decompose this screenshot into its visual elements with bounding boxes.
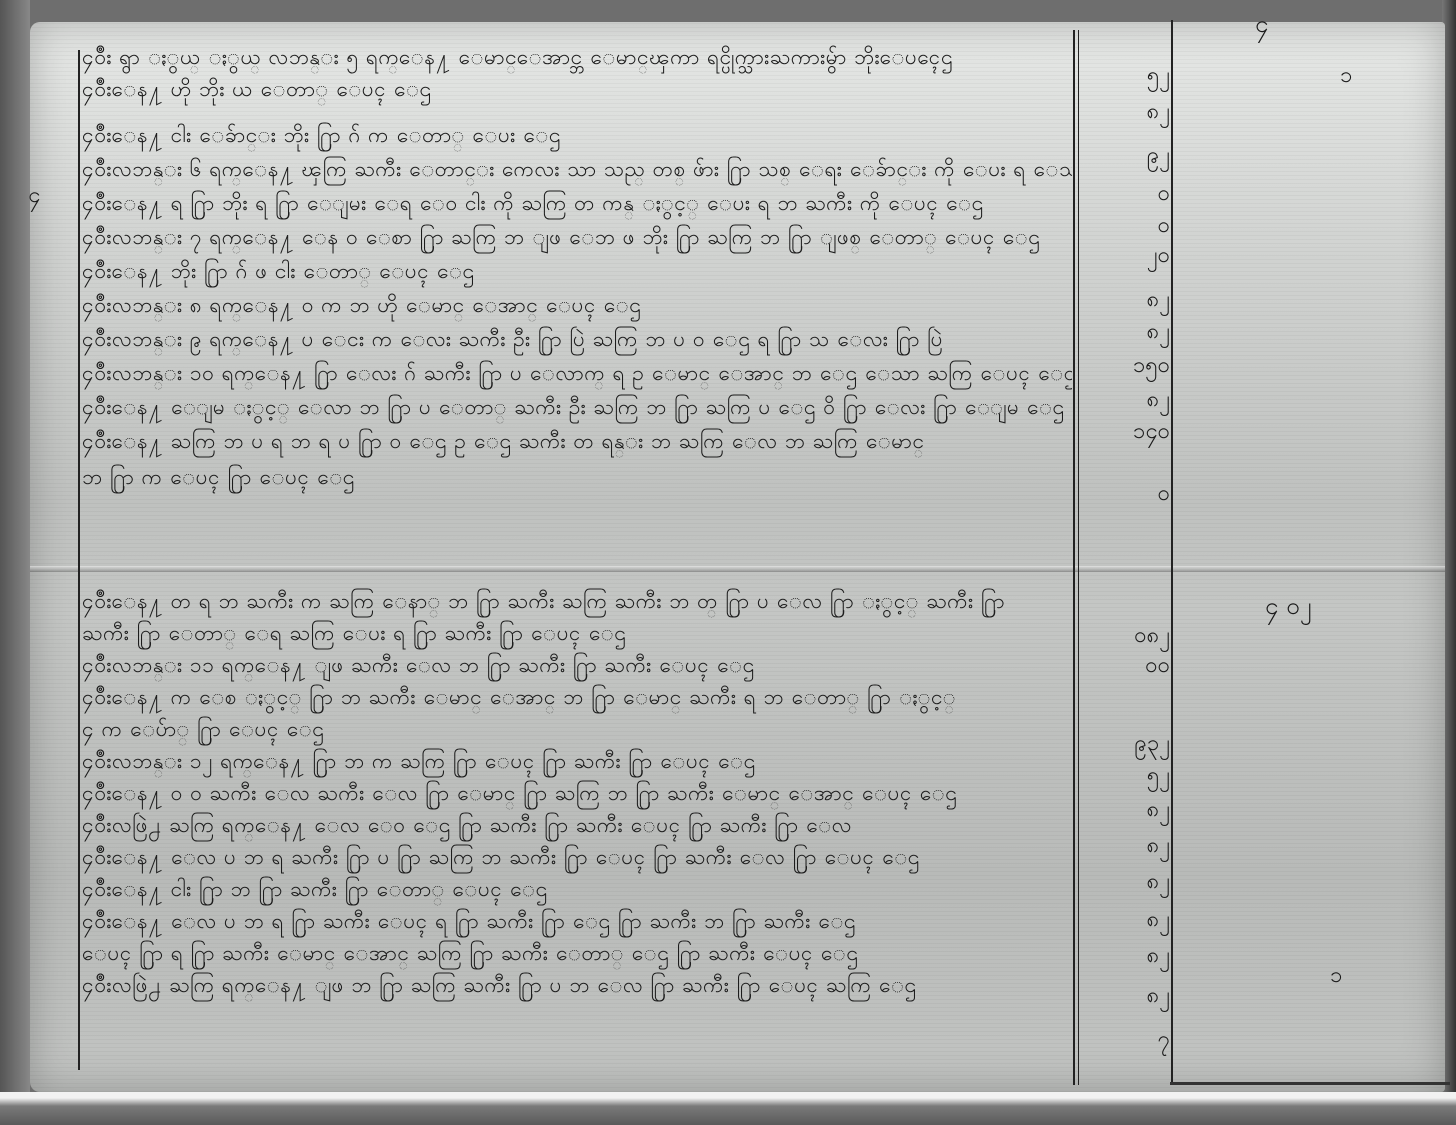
amount-value: ၅၂ xyxy=(1090,760,1170,793)
amount-value: ၀ xyxy=(1090,178,1170,211)
amount-value: ၀ xyxy=(1090,210,1170,243)
text-column-rule-1 xyxy=(1073,30,1075,1085)
amount-value: ၀ xyxy=(1090,478,1170,511)
manuscript-line: ေပၚ ႐ြာ ရ ႐ြာ ႀကီး ေမာင္ ေအာင္ ႀကြ ႐ြာ ႀ… xyxy=(82,940,1072,971)
amount-value: ၁၄၀ xyxy=(1090,416,1170,449)
manuscript-line: ၄၀ိဳးေန႔ ဝ ဝ ႀကီး ေလ ႀကီး ေလ ႐ြာ ေမာင္ ႐… xyxy=(82,780,1072,811)
manuscript-line: ၄၀ိဳး ရွာ ႏွယ္ ႏွယ္ လဘန္း ၅ ရက္ေန႔ ေမာင္… xyxy=(82,44,1072,75)
amount-value: ၉၃၂ xyxy=(1090,728,1170,761)
manuscript-line: ဘ ႐ြာ က ေပၚ ႐ြာ ေပၚ ေဌ xyxy=(82,464,1072,495)
manuscript-line: ၄၀ိဳးလဘန္း ၁၀ ရက္ေန႔ ႐ြာ ေလး ဂ် ႀကီး ႐ြာ… xyxy=(82,360,1072,391)
amount-value: ၈၂ xyxy=(1090,866,1170,899)
amount-value: ၀၀ xyxy=(1090,650,1170,683)
amount-value: ၀၈၂ xyxy=(1090,620,1170,653)
lower-right-mark: ၁ xyxy=(1330,960,1342,993)
manuscript-line: ၄၀ိဳးလဖြဲ႕ ႀကြ ရက္ေန႔ ေလ ေဝ ေဌ ႐ြာ ႀကီး … xyxy=(82,812,1072,843)
upper-right-note: ၁ xyxy=(1340,60,1352,93)
manuscript-line: ၄၀ိဳးေန႔ ဘိုး ႐ြာ ဂ် ဖ ငါး ေတာ္ ေပၚ ေဌ xyxy=(82,258,1072,289)
amount-value: ၈၂ xyxy=(1090,284,1170,317)
middle-right-note: ၄ ၀၂ xyxy=(1265,590,1311,626)
manuscript-line: ႀကီး ႐ြာ ေတာ္ ေရ ႀကြ ေပး ရ ႐ြာ ႀကီး ႐ြာ … xyxy=(82,620,1072,651)
manuscript-line: ၄၀ိဳးလဘန္း ၈ ရက္ေန႔ ဝ က ဘ ဟို ေမာင္ ေအာင… xyxy=(82,292,1072,323)
manuscript-line: ၄၀ိဳးလဖြဲ႕ ႀကြ ရက္ေန႔ ျဖ ဘ ႐ြာ ႀကြ ႀကီး … xyxy=(82,972,1072,1003)
left-margin-mark: ၄ xyxy=(28,180,40,213)
manuscript-line: ၄၀ိဳးေန႔ ေလ ပ ဘ ရ ႐ြာ ႀကီး ေပၚ ရ ႐ြာ ႀကီ… xyxy=(82,908,1072,939)
manuscript-line: ၄၀ိဳးေန႔ ေျမ ႏွင့္ ေလာ ဘ ႐ြာ ပ ေတာ္ ႀကီး… xyxy=(82,394,1072,425)
manuscript-line: ၄၀ိဳးလဘန္း ၇ ရက္ေန႔ ေန ဝ ေစာ ႐ြာ ႀကြ ဘ ျ… xyxy=(82,224,1072,255)
text-column-rule-2 xyxy=(1078,30,1079,1085)
amount-value: ၈၂ xyxy=(1090,794,1170,827)
manuscript-line: ၄ က ေပ်ာ္ ႐ြာ ေပၚ ေဌ xyxy=(82,716,1072,747)
numeral-column-rule xyxy=(1171,20,1173,1085)
amount-value: ၈၂ xyxy=(1090,904,1170,937)
manuscript-line: ၄၀ိဳးေန႔ ငါး ႐ြာ ဘ ႐ြာ ႀကီး ႐ြာ ေတာ္ ေပၚ… xyxy=(82,876,1072,907)
manuscript-line: ၄၀ိဳးလဘန္း ၆ ရက္ေန႔ ၾကြ ႀကီး ေတာင္း ကေလး… xyxy=(82,156,1072,187)
amount-value: ၅၂ xyxy=(1090,60,1170,93)
page-fold xyxy=(30,566,1445,572)
manuscript-line: ၄၀ိဳးလဘန္း ၁၁ ရက္ေန႔ ျဖ ႀကီး ေလ ဘ ႐ြာ ႀက… xyxy=(82,652,1072,683)
manuscript-line: ၄၀ိဳးလဘန္း ၁၂ ရက္ေန႔ ႐ြာ ဘ က ႀကြ ႐ြာ ေပၚ… xyxy=(82,748,1072,779)
amount-value: ၁၅၀ xyxy=(1090,350,1170,383)
manuscript-line: ၄၀ိဳးေန႔ ေလ ပ ဘ ရ ႀကီး ႐ြာ ပ ႐ြာ ႀကြ ဘ ႀ… xyxy=(82,844,1072,875)
manuscript-line: ၄၀ိဳးေန႔ ရ ႐ြာ ဘိုး ရ ႐ြာ ေျမး ေရ ေဝ ငါး… xyxy=(82,190,1072,221)
manuscript-line: ၄၀ိဳးလဘန္း ၉ ရက္ေန႔ ပ ေငး က ေလး ႀကီး ဦး … xyxy=(82,326,1072,357)
bottom-rule xyxy=(1170,1082,1450,1085)
photo-bottom-edge xyxy=(0,1092,1456,1125)
amount-value: ၈၂ xyxy=(1090,384,1170,417)
photo-left-edge xyxy=(0,0,30,1125)
manuscript-line: ၄၀ိဳးေန႔ ငါး ေခ်ာင္း ဘိုး ႐ြာ ဂ် က ေတာ္ … xyxy=(82,122,1072,153)
manuscript-line: ၄၀ိဳးေန႔ က ေစ ႏွင့္ ႐ြာ ဘ ႀကီး ေမာင္ ေအာ… xyxy=(82,684,1072,715)
amount-value: ၈၂ xyxy=(1090,940,1170,973)
manuscript-line: ၄၀ိဳးေန႔ တ ရ ဘ ႀကီး က ႀကြ ေနာ္ ဘ ႐ြာ ႀကီ… xyxy=(82,588,1072,619)
amount-value: ၈၂ xyxy=(1090,830,1170,863)
amount-value: ၈၂ xyxy=(1090,980,1170,1013)
amount-value: ၇ xyxy=(1090,1024,1170,1057)
amount-value: ၈၂ xyxy=(1090,96,1170,129)
manuscript-line: ၄၀ိဳးေန႔ ႀကြ ဘ ပ ရ ဘ ရ ပ ႐ြာ ဝ ေဌ ဥ ေဌ ႀ… xyxy=(82,428,1072,459)
left-margin-rule xyxy=(78,50,80,1070)
amount-value: ၈၂ xyxy=(1090,316,1170,349)
top-right-mark: ၄ xyxy=(1255,8,1269,44)
amount-value: ၉၂ xyxy=(1090,140,1170,173)
manuscript-line: ၄၀ိဳးေန႔ ဟို ဘိုး ယ ေတာ္ ေပၚ ေဌ xyxy=(82,76,1072,107)
amount-value: ၂၀ xyxy=(1090,240,1170,273)
